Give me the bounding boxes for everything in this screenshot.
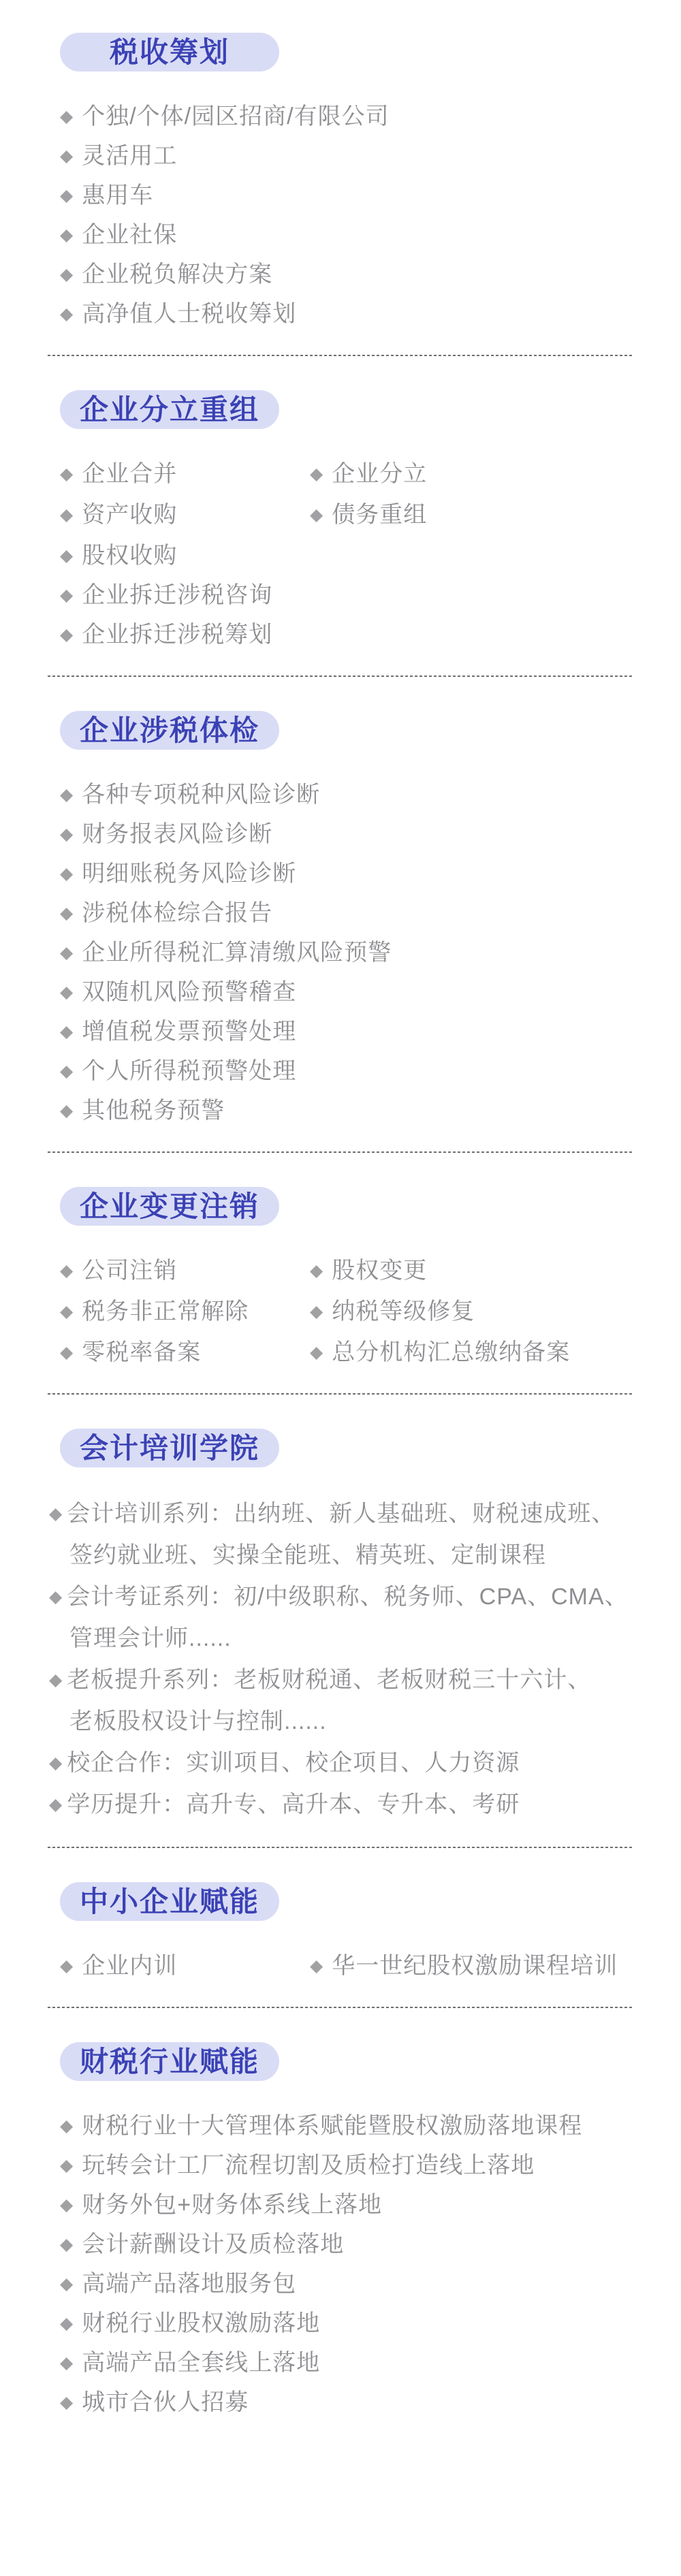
diamond-bullet-icon: ◆ — [60, 1952, 74, 1979]
list-item: ◆城市合伙人招募 — [60, 2389, 681, 2416]
item-text: 玩转会计工厂流程切割及质检打造线上落地 — [82, 2152, 535, 2178]
list-item: ◆总分机构汇总缴纳备案 — [310, 1339, 681, 1366]
diamond-bullet-icon: ◆ — [49, 1790, 63, 1819]
diamond-bullet-icon: ◆ — [49, 1748, 63, 1778]
diamond-bullet-icon: ◆ — [60, 900, 74, 927]
item-text: 个独/个体/园区招商/有限公司 — [82, 104, 389, 129]
item-text: 个人所得税预警处理 — [82, 1058, 296, 1084]
diamond-bullet-icon: ◆ — [60, 979, 74, 1006]
item-text: 财税行业十大管理体系赋能暨股权激励落地课程 — [82, 2113, 582, 2139]
diamond-bullet-icon: ◆ — [60, 300, 74, 328]
item-text: 企业所得税汇算清缴风险预警 — [82, 940, 392, 966]
section-divider — [48, 1151, 633, 1153]
item-text: 明细账税务风险诊断 — [82, 861, 296, 887]
diamond-bullet-icon: ◆ — [60, 542, 74, 569]
list-item: ◆财务报表风险诊断 — [60, 821, 681, 848]
diamond-bullet-icon: ◆ — [60, 142, 74, 170]
item-text: 税务非正常解除 — [82, 1299, 249, 1324]
item-text: 企业社保 — [82, 222, 177, 248]
list-item: ◆企业拆迁涉税筹划 — [60, 621, 681, 648]
list-item: ◆纳税等级修复 — [310, 1298, 681, 1325]
item-list: ◆会计培训系列：出纳班、新人基础班、财税速成班、 签约就业班、实操全能班、精英班… — [0, 1499, 681, 1819]
diamond-bullet-icon: ◆ — [49, 1499, 63, 1529]
list-item: ◆会计培训系列：出纳班、新人基础班、财税速成班、 — [49, 1499, 681, 1529]
list-item: ◆财务外包+财务体系线上落地 — [60, 2191, 681, 2219]
diamond-bullet-icon: ◆ — [60, 182, 74, 209]
section-tax-health-check: 企业涉税体检 ◆各种专项税种风险诊断 ◆财务报表风险诊断 ◆明细账税务风险诊断 … — [0, 711, 681, 1124]
list-item: ◆企业内训 — [60, 1952, 310, 1979]
list-item: ◆惠用车 — [60, 182, 681, 209]
list-item: ◆股权收购 — [60, 542, 681, 569]
diamond-bullet-icon: ◆ — [310, 1298, 323, 1325]
section-change-deregistration: 企业变更注销 ◆公司注销 ◆股权变更 ◆税务非正常解除 ◆纳税等级修复 ◆零税率… — [0, 1187, 681, 1366]
diamond-bullet-icon: ◆ — [60, 1257, 74, 1284]
item-text: 企业合并 — [82, 461, 177, 487]
list-item: ◆企业合并 — [60, 460, 310, 488]
diamond-bullet-icon: ◆ — [310, 501, 323, 528]
section-divider — [48, 675, 633, 677]
list-item: ◆其他税务预警 — [60, 1097, 681, 1124]
diamond-bullet-icon: ◆ — [60, 1298, 74, 1325]
item-text: 会计考证系列：初/中级职称、税务师、CPA、CMA、 — [67, 1584, 628, 1610]
item-text: 债务重组 — [332, 502, 427, 528]
item-text: 其他税务预警 — [82, 1098, 225, 1124]
diamond-bullet-icon: ◆ — [60, 939, 74, 966]
diamond-bullet-icon: ◆ — [60, 1018, 74, 1045]
diamond-bullet-icon: ◆ — [60, 2112, 74, 2140]
list-item: ◆会计考证系列：初/中级职称、税务师、CPA、CMA、 — [49, 1582, 681, 1612]
item-text: 零税率备案 — [82, 1339, 201, 1365]
list-item-continuation: 管理会计师...... — [49, 1623, 681, 1653]
list-item: ◆双随机风险预警稽查 — [60, 979, 681, 1006]
diamond-bullet-icon: ◆ — [310, 1257, 323, 1284]
list-item: ◆会计薪酬设计及质检落地 — [60, 2231, 681, 2258]
item-text: 管理会计师...... — [69, 1625, 232, 1651]
list-item: ◆高端产品全套线上落地 — [60, 2349, 681, 2376]
item-text: 增值税发票预警处理 — [82, 1019, 296, 1045]
section-badge-tax-health-check: 企业涉税体检 — [60, 711, 279, 750]
item-list: ◆个独/个体/园区招商/有限公司 ◆灵活用工 ◆惠用车 ◆企业社保 ◆企业税负解… — [0, 103, 681, 328]
diamond-bullet-icon: ◆ — [60, 103, 74, 130]
diamond-bullet-icon: ◆ — [60, 2191, 74, 2219]
list-item: ◆公司注销 — [60, 1257, 310, 1284]
diamond-bullet-icon: ◆ — [60, 781, 74, 808]
item-text: 校企合作：实训项目、校企项目、人力资源 — [67, 1750, 520, 1776]
diamond-bullet-icon: ◆ — [49, 1665, 63, 1695]
list-item: ◆老板提升系列：老板财税通、老板财税三十六计、 — [49, 1665, 681, 1695]
diamond-bullet-icon: ◆ — [310, 460, 323, 488]
section-badge-tax-planning: 税收筹划 — [60, 33, 279, 71]
item-text: 企业税负解决方案 — [82, 261, 272, 287]
list-item: ◆债务重组 — [310, 501, 681, 528]
list-item-continuation: 老板股权设计与控制...... — [49, 1706, 681, 1736]
item-text: 高端产品落地服务包 — [82, 2271, 296, 2297]
diamond-bullet-icon: ◆ — [60, 1058, 74, 1085]
list-item: ◆个人所得税预警处理 — [60, 1058, 681, 1085]
diamond-bullet-icon: ◆ — [60, 2310, 74, 2337]
diamond-bullet-icon: ◆ — [60, 2152, 74, 2179]
item-text: 惠用车 — [82, 182, 153, 208]
item-text: 各种专项税种风险诊断 — [82, 782, 320, 808]
list-item: ◆各种专项税种风险诊断 — [60, 781, 681, 808]
item-text: 老板提升系列：老板财税通、老板财税三十六计、 — [67, 1667, 591, 1693]
section-badge-accounting-training-academy: 会计培训学院 — [60, 1429, 279, 1467]
diamond-bullet-icon: ◆ — [60, 860, 74, 887]
item-text: 财务报表风险诊断 — [82, 821, 272, 847]
list-item: ◆企业拆迁涉税咨询 — [60, 582, 681, 609]
list-item: ◆企业分立 — [310, 460, 681, 488]
list-item: ◆明细账税务风险诊断 — [60, 860, 681, 887]
list-item: ◆财税行业股权激励落地 — [60, 2310, 681, 2337]
item-text: 双随机风险预警稽查 — [82, 979, 296, 1005]
section-sme-empowerment: 中小企业赋能 ◆企业内训 ◆华一世纪股权激励课程培训 — [0, 1882, 681, 1979]
section-badge-fiscal-tax-industry-empowerment: 财税行业赋能 — [60, 2042, 279, 2081]
section-divider — [48, 2007, 633, 2008]
item-text: 企业内训 — [82, 1953, 177, 1979]
section-accounting-training-academy: 会计培训学院 ◆会计培训系列：出纳班、新人基础班、财税速成班、 签约就业班、实操… — [0, 1429, 681, 1819]
item-text: 高端产品全套线上落地 — [82, 2350, 320, 2376]
section-divider — [48, 1847, 633, 1848]
diamond-bullet-icon: ◆ — [60, 221, 74, 249]
section-fiscal-tax-industry-empowerment: 财税行业赋能 ◆财税行业十大管理体系赋能暨股权激励落地课程 ◆玩转会计工厂流程切… — [0, 2042, 681, 2416]
item-grid: ◆公司注销 ◆股权变更 ◆税务非正常解除 ◆纳税等级修复 ◆零税率备案 ◆总分机… — [0, 1257, 681, 1366]
list-item: ◆税务非正常解除 — [60, 1298, 310, 1325]
list-item: ◆灵活用工 — [60, 142, 681, 170]
diamond-bullet-icon: ◆ — [49, 1582, 63, 1612]
list-item: ◆企业所得税汇算清缴风险预警 — [60, 939, 681, 966]
item-text: 学历提升：高升专、高升本、专升本、考研 — [67, 1792, 520, 1817]
item-row: ◆公司注销 ◆股权变更 — [60, 1257, 681, 1284]
diamond-bullet-icon: ◆ — [60, 2349, 74, 2376]
list-item: ◆学历提升：高升专、高升本、专升本、考研 — [49, 1790, 681, 1819]
section-divider — [48, 355, 633, 356]
item-text: 企业拆迁涉税筹划 — [82, 622, 272, 648]
item-row: ◆税务非正常解除 ◆纳税等级修复 — [60, 1298, 681, 1325]
item-text: 纳税等级修复 — [332, 1299, 475, 1324]
item-text: 城市合伙人招募 — [82, 2389, 249, 2415]
section-badge-change-deregistration: 企业变更注销 — [60, 1187, 279, 1226]
diamond-bullet-icon: ◆ — [60, 2270, 74, 2297]
item-text: 公司注销 — [82, 1258, 177, 1284]
item-text: 股权变更 — [332, 1258, 427, 1284]
list-item: ◆校企合作：实训项目、校企项目、人力资源 — [49, 1748, 681, 1778]
list-item: ◆企业社保 — [60, 221, 681, 249]
item-row: ◆零税率备案 ◆总分机构汇总缴纳备案 — [60, 1339, 681, 1366]
diamond-bullet-icon: ◆ — [310, 1339, 323, 1366]
diamond-bullet-icon: ◆ — [60, 460, 74, 488]
section-corporate-division-restructuring: 企业分立重组 ◆企业合并 ◆企业分立 ◆资产收购 ◆债务重组 ◆股权收购 ◆企业… — [0, 390, 681, 648]
item-text: 灵活用工 — [82, 143, 177, 169]
item-text: 老板股权设计与控制...... — [69, 1708, 327, 1734]
section-badge-corporate-division-restructuring: 企业分立重组 — [60, 390, 279, 429]
item-grid: ◆企业内训 ◆华一世纪股权激励课程培训 — [0, 1952, 681, 1979]
item-text: 总分机构汇总缴纳备案 — [332, 1339, 570, 1365]
section-badge-sme-empowerment: 中小企业赋能 — [60, 1882, 279, 1921]
item-text: 财务外包+财务体系线上落地 — [82, 2192, 382, 2218]
list-item: ◆玩转会计工厂流程切割及质检打造线上落地 — [60, 2152, 681, 2179]
diamond-bullet-icon: ◆ — [60, 1097, 74, 1124]
item-list: ◆财税行业十大管理体系赋能暨股权激励落地课程 ◆玩转会计工厂流程切割及质检打造线… — [0, 2112, 681, 2416]
diamond-bullet-icon: ◆ — [60, 2231, 74, 2258]
service-menu-page: 税收筹划 ◆个独/个体/园区招商/有限公司 ◆灵活用工 ◆惠用车 ◆企业社保 ◆… — [0, 0, 681, 2416]
list-item: ◆股权变更 — [310, 1257, 681, 1284]
item-text: 会计培训系列：出纳班、新人基础班、财税速成班、 — [67, 1501, 615, 1527]
diamond-bullet-icon: ◆ — [60, 1339, 74, 1366]
diamond-bullet-icon: ◆ — [60, 821, 74, 848]
item-text: 股权收购 — [82, 543, 177, 569]
item-text: 涉税体检综合报告 — [82, 900, 272, 926]
diamond-bullet-icon: ◆ — [60, 261, 74, 288]
item-row: ◆企业内训 ◆华一世纪股权激励课程培训 — [60, 1952, 681, 1979]
list-item: ◆高端产品落地服务包 — [60, 2270, 681, 2297]
list-item: ◆个独/个体/园区招商/有限公司 — [60, 103, 681, 130]
item-list: ◆各种专项税种风险诊断 ◆财务报表风险诊断 ◆明细账税务风险诊断 ◆涉税体检综合… — [0, 781, 681, 1124]
item-row: ◆资产收购 ◆债务重组 — [60, 501, 681, 528]
diamond-bullet-icon: ◆ — [60, 582, 74, 609]
list-item: ◆高净值人士税收筹划 — [60, 300, 681, 328]
list-item: ◆资产收购 — [60, 501, 310, 528]
list-item-continuation: 签约就业班、实操全能班、精英班、定制课程 — [49, 1540, 681, 1570]
item-text: 企业拆迁涉税咨询 — [82, 582, 272, 608]
item-row: ◆企业合并 ◆企业分立 — [60, 460, 681, 488]
diamond-bullet-icon: ◆ — [60, 621, 74, 648]
item-text: 资产收购 — [82, 502, 177, 528]
item-text: 高净值人士税收筹划 — [82, 301, 296, 327]
list-item: ◆华一世纪股权激励课程培训 — [310, 1952, 681, 1979]
item-text: 华一世纪股权激励课程培训 — [332, 1953, 618, 1979]
list-item: ◆财税行业十大管理体系赋能暨股权激励落地课程 — [60, 2112, 681, 2140]
section-tax-planning: 税收筹划 ◆个独/个体/园区招商/有限公司 ◆灵活用工 ◆惠用车 ◆企业社保 ◆… — [0, 33, 681, 328]
item-grid: ◆企业合并 ◆企业分立 ◆资产收购 ◆债务重组 ◆股权收购 ◆企业拆迁涉税咨询 … — [0, 460, 681, 648]
item-text: 会计薪酬设计及质检落地 — [82, 2231, 344, 2257]
item-text: 企业分立 — [332, 461, 427, 487]
item-text: 签约就业班、实操全能班、精英班、定制课程 — [69, 1542, 546, 1568]
diamond-bullet-icon: ◆ — [310, 1952, 323, 1979]
diamond-bullet-icon: ◆ — [60, 501, 74, 528]
list-item: ◆增值税发票预警处理 — [60, 1018, 681, 1045]
list-item: ◆零税率备案 — [60, 1339, 310, 1366]
list-item: ◆涉税体检综合报告 — [60, 900, 681, 927]
section-divider — [48, 1393, 633, 1395]
list-item: ◆企业税负解决方案 — [60, 261, 681, 288]
item-text: 财税行业股权激励落地 — [82, 2310, 320, 2336]
diamond-bullet-icon: ◆ — [60, 2389, 74, 2416]
